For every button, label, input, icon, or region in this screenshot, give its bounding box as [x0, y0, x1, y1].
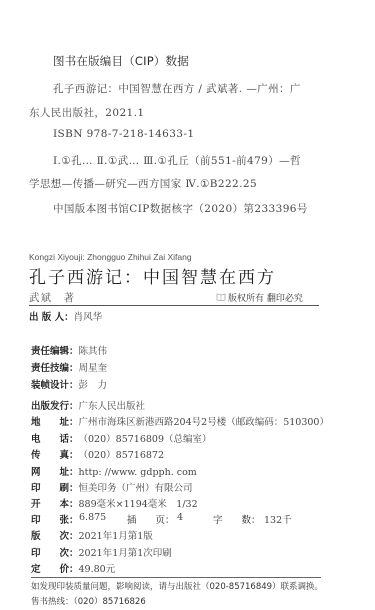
format-size: 开 本：889毫米×1194毫米 1/32: [31, 496, 198, 510]
publisher-website: 网 址：http: //www. gdpph. com: [31, 464, 197, 478]
author: 武斌 著: [29, 290, 75, 305]
credit-publisher-person: 出 版 人：肖风华: [29, 309, 102, 323]
quality-notice: 如发现印装质量问题，影响阅读，请与出版社（020-85716849）联系调换。: [31, 580, 323, 592]
cip-line-1: 孔子西游记：中国智慧在西方 / 武斌著. —广州：广: [53, 81, 301, 96]
publisher-address: 地 址：广州市海珠区新港西路204号2号楼（邮政编码：510300）: [31, 414, 329, 428]
divider-top: [29, 305, 319, 306]
cip-line-2: 东人民出版社，2021.1: [29, 105, 144, 120]
price: 定 价：49.80元: [31, 561, 115, 575]
credit-tech-editor: 责任技编：周星奎: [31, 360, 107, 374]
rights-text: 版权所有 翻印必究: [228, 294, 303, 304]
book-icon: [216, 293, 226, 304]
rights-notice: 版权所有 翻印必究: [216, 291, 303, 304]
classification-line-2: 学思想—传播—研究—西方国家 Ⅳ.①B222.25: [29, 176, 257, 191]
library-cip-number: 中国版本图书馆CIP数据核字（2020）第233396号: [53, 201, 308, 216]
publisher-phone: 电 话：（020）85716809（总编室）: [31, 431, 212, 445]
printer: 印 刷：恒美印务（广州）有限公司: [31, 480, 193, 494]
classification-line-1: Ⅰ.①孔… Ⅱ.①武… Ⅲ.①孔丘（前551-前479）—哲: [53, 153, 301, 168]
publisher-distributor: 出版发行：广东人民出版社: [31, 398, 145, 412]
divider-bottom: [31, 577, 321, 578]
publisher-fax: 传 真：（020）85716872: [31, 447, 164, 461]
specs-row: 印 张： 6.875 插 页： 4 字 数： 132千: [31, 512, 351, 526]
isbn: ISBN 978-7-218-14633-1: [53, 128, 194, 140]
pinyin-title: Kongzi Xiyouji: Zhongguo Zhihui Zai Xifa…: [29, 252, 192, 262]
sales-hotline: 售书热线：（020）85716826: [31, 595, 146, 607]
credit-designer: 装帧设计：彭 力: [31, 377, 107, 391]
credit-editor: 责任编辑：陈其伟: [31, 343, 107, 357]
printing: 印 次：2021年1月第1次印刷: [31, 545, 172, 559]
edition: 版 次：2021年1月第1版: [31, 528, 153, 542]
cip-heading: 图书在版编目（CIP）数据: [53, 53, 189, 69]
book-title: 孔子西游记：中国智慧在西方: [29, 263, 276, 288]
